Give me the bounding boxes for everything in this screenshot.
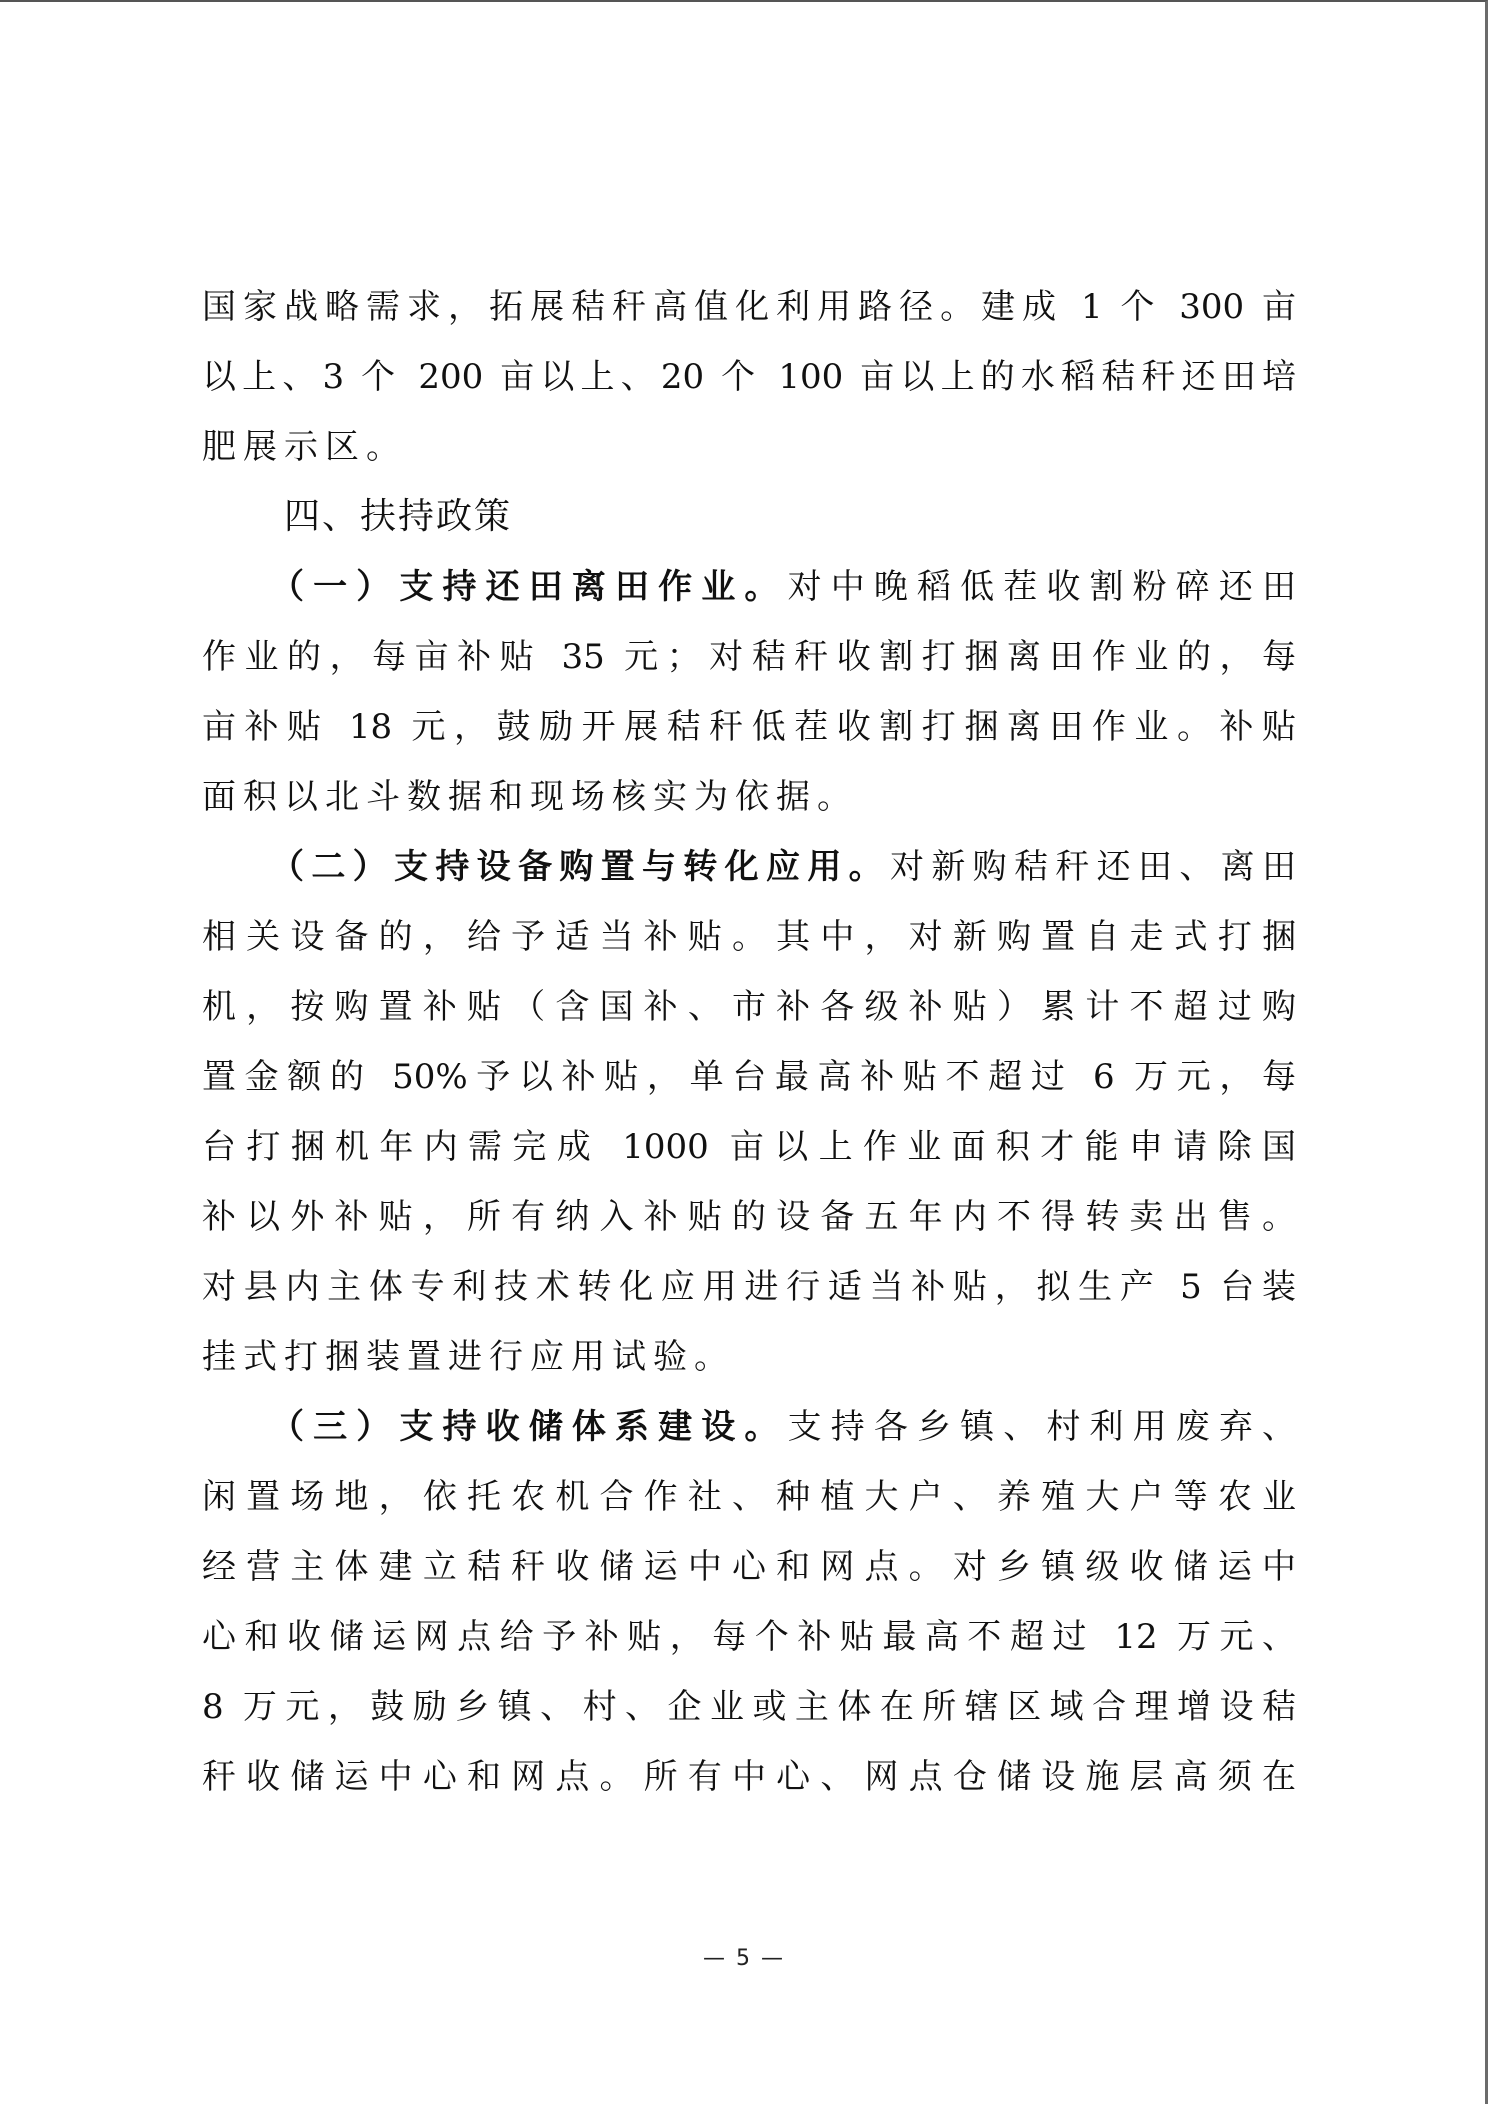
text-line: 相关设备的，给予适当补贴。其中，对新购置自走式打捆 [202, 908, 1296, 978]
paragraph-continuation: 国家战略需求，拓展秸秆高值化利用路径。建成 1 个 300 亩 以上、3 个 2… [202, 278, 1296, 488]
paragraph-lead-title: （三）支持收储体系建设。 [270, 1407, 788, 1447]
section-heading: 四、扶持政策 [202, 488, 1296, 558]
paragraph-lead-title: （一）支持还田离田作业。 [270, 567, 788, 607]
paragraph-support-storage-system: （三）支持收储体系建设。支持各乡镇、村利用废弃、 闲置场地，依托农机合作社、种植… [202, 1398, 1296, 1818]
text-line: 对县内主体专利技术转化应用进行适当补贴，拟生产 5 台装 [202, 1258, 1296, 1328]
paragraph-lead-title: （二）支持设备购置与转化应用。 [270, 847, 890, 887]
text-line: （一）支持还田离田作业。对中晚稻低茬收割粉碎还田 [202, 558, 1296, 628]
text-line: 亩补贴 18 元，鼓励开展秸秆低茬收割打捆离田作业。补贴 [202, 698, 1296, 768]
text-line: 闲置场地，依托农机合作社、种植大户、养殖大户等农业 [202, 1468, 1296, 1538]
document-body: 国家战略需求，拓展秸秆高值化利用路径。建成 1 个 300 亩 以上、3 个 2… [202, 278, 1296, 1818]
text-line: 作业的，每亩补贴 35 元；对秸秆收割打捆离田作业的，每 [202, 628, 1296, 698]
text-line: 8 万元，鼓励乡镇、村、企业或主体在所辖区域合理增设秸 [202, 1678, 1296, 1748]
text-line: 置金额的 50%予以补贴，单台最高补贴不超过 6 万元，每 [202, 1048, 1296, 1118]
text-line: （二）支持设备购置与转化应用。对新购秸秆还田、离田 [202, 838, 1296, 908]
text-line: 机，按购置补贴（含国补、市补各级补贴）累计不超过购 [202, 978, 1296, 1048]
paragraph-support-equipment-purchase: （二）支持设备购置与转化应用。对新购秸秆还田、离田 相关设备的，给予适当补贴。其… [202, 838, 1296, 1398]
text-line: 以上、3 个 200 亩以上、20 个 100 亩以上的水稻秸秆还田培 [202, 348, 1296, 418]
text-line: 台打捆机年内需完成 1000 亩以上作业面积才能申请除国 [202, 1118, 1296, 1188]
text-line: 经营主体建立秸秆收储运中心和网点。对乡镇级收储运中 [202, 1538, 1296, 1608]
text-line: 面积以北斗数据和现场核实为依据。 [202, 768, 1296, 838]
text-line: 肥展示区。 [202, 418, 1296, 488]
text-span: 对中晚稻低茬收割粉碎还田 [788, 567, 1296, 607]
text-line: 心和收储运网点给予补贴，每个补贴最高不超过 12 万元、 [202, 1608, 1296, 1678]
paragraph-support-field-operations: （一）支持还田离田作业。对中晚稻低茬收割粉碎还田 作业的，每亩补贴 35 元；对… [202, 558, 1296, 838]
text-line: 秆收储运中心和网点。所有中心、网点仓储设施层高须在 [202, 1748, 1296, 1818]
text-line: （三）支持收储体系建设。支持各乡镇、村利用废弃、 [202, 1398, 1296, 1468]
text-span: 支持各乡镇、村利用废弃、 [788, 1407, 1296, 1447]
text-line: 补以外补贴，所有纳入补贴的设备五年内不得转卖出售。 [202, 1188, 1296, 1258]
text-line: 挂式打捆装置进行应用试验。 [202, 1328, 1296, 1398]
page-number: — 5 — [0, 1946, 1488, 1971]
text-line: 国家战略需求，拓展秸秆高值化利用路径。建成 1 个 300 亩 [202, 278, 1296, 348]
text-span: 对新购秸秆还田、离田 [890, 847, 1296, 887]
